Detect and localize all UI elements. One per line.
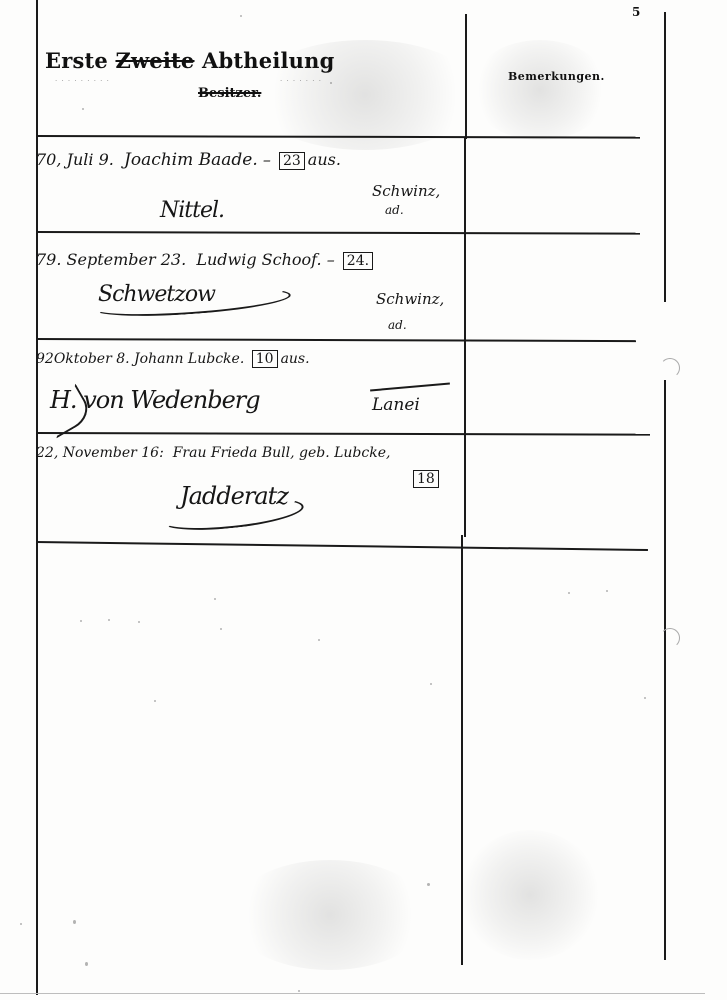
entry-date: Juli 9.: [67, 150, 114, 169]
entry-number-box: 10: [252, 350, 278, 368]
ghost-print-text: · · · · · · ·: [280, 77, 322, 85]
entry-rule-3: [36, 432, 650, 436]
entry-3-line: 92Oktober 8. Johann Lubcke. 10aus.: [36, 350, 310, 368]
speck: [80, 620, 82, 622]
speck: [220, 628, 222, 630]
speck: [82, 108, 84, 110]
speck: [240, 15, 242, 17]
speck: [108, 619, 110, 621]
scan-noise: [470, 40, 610, 140]
punch-hole: [660, 358, 680, 378]
entry-1-signature-left: Nittel.: [160, 198, 224, 223]
entry-rule-2: [36, 338, 636, 342]
page-number: 5: [632, 5, 640, 19]
title-abtheilung: Abtheilung: [202, 48, 334, 73]
entry-1-signature-right-sub: ad.: [385, 203, 404, 217]
scan-noise: [460, 830, 600, 960]
punch-hole: [660, 628, 680, 648]
speck: [85, 962, 88, 966]
page-bottom-edge: [0, 993, 705, 994]
entry-dash: –: [263, 150, 271, 169]
speck: [430, 683, 432, 685]
entry-date: Oktober 8.: [54, 351, 130, 367]
speck: [568, 592, 570, 594]
entry-year: 92: [36, 351, 54, 367]
column-divider-top: [465, 14, 467, 139]
title-zweite-struck: Zweite: [115, 48, 194, 73]
speck: [154, 700, 156, 702]
entry-number-box: 23: [279, 152, 305, 170]
entry-date: September 23.: [67, 250, 187, 269]
speck: [318, 639, 320, 641]
ghost-print-text: · · · · · · · · ·: [55, 77, 110, 85]
entry-1-signature-right: Schwinz,: [372, 182, 440, 200]
right-border-line: [664, 12, 666, 302]
column-divider: [464, 137, 466, 537]
speck: [20, 923, 22, 925]
entry-rule-4: [36, 541, 648, 551]
speck: [606, 590, 608, 592]
entry-date: November 16:: [63, 445, 164, 461]
speck: [73, 920, 76, 924]
owner-subtitle-struck: Besitzer.: [198, 86, 261, 101]
entry-3-signature-right: Lanei: [372, 395, 420, 415]
entry-name: Joachim Baade.: [124, 150, 258, 170]
entry-2-signature-right-sub: ad.: [388, 318, 407, 332]
right-border-line-lower: [664, 380, 666, 960]
entry-name: Frau Frieda Bull, geb. Lubcke,: [173, 445, 391, 461]
entry-annotation: aus.: [308, 150, 341, 169]
entry-year: 70,: [36, 150, 61, 169]
register-page: 5 Erste Zweite Abtheilung Besitzer. Beme…: [0, 0, 727, 1000]
entry-1-line: 70, Juli 9. Joachim Baade. – 23aus.: [36, 150, 341, 170]
speck: [427, 883, 430, 886]
entry-4-line: 22, November 16: Frau Frieda Bull, geb. …: [36, 445, 390, 461]
scan-noise: [230, 860, 430, 970]
entry-year: 22,: [36, 445, 58, 461]
entry-annotation: aus.: [281, 351, 310, 367]
entry-number-box: 18: [413, 470, 439, 488]
entry-rule-1: [36, 231, 640, 235]
entry-year: 79.: [36, 250, 61, 269]
speck: [138, 621, 140, 623]
speck: [214, 598, 216, 600]
remarks-column-header: Bemerkungen.: [508, 70, 605, 83]
entry-dash: –: [327, 250, 335, 269]
speck: [330, 82, 332, 84]
section-title: Erste Zweite Abtheilung: [45, 48, 335, 73]
entry-name: Johann Lubcke.: [134, 351, 244, 367]
title-erste: Erste: [45, 48, 108, 73]
entry-2-signature-right: Schwinz,: [376, 290, 444, 308]
entry-name: Ludwig Schoof.: [196, 250, 321, 269]
entry-number-box: 24.: [343, 252, 373, 270]
entry-2-line: 79. September 23. Ludwig Schoof. – 24.: [36, 250, 376, 270]
speck: [644, 697, 646, 699]
entry-4-number: 18: [410, 468, 442, 488]
column-divider-lower: [461, 535, 463, 965]
signature-stroke: [370, 383, 450, 392]
speck: [298, 990, 300, 992]
